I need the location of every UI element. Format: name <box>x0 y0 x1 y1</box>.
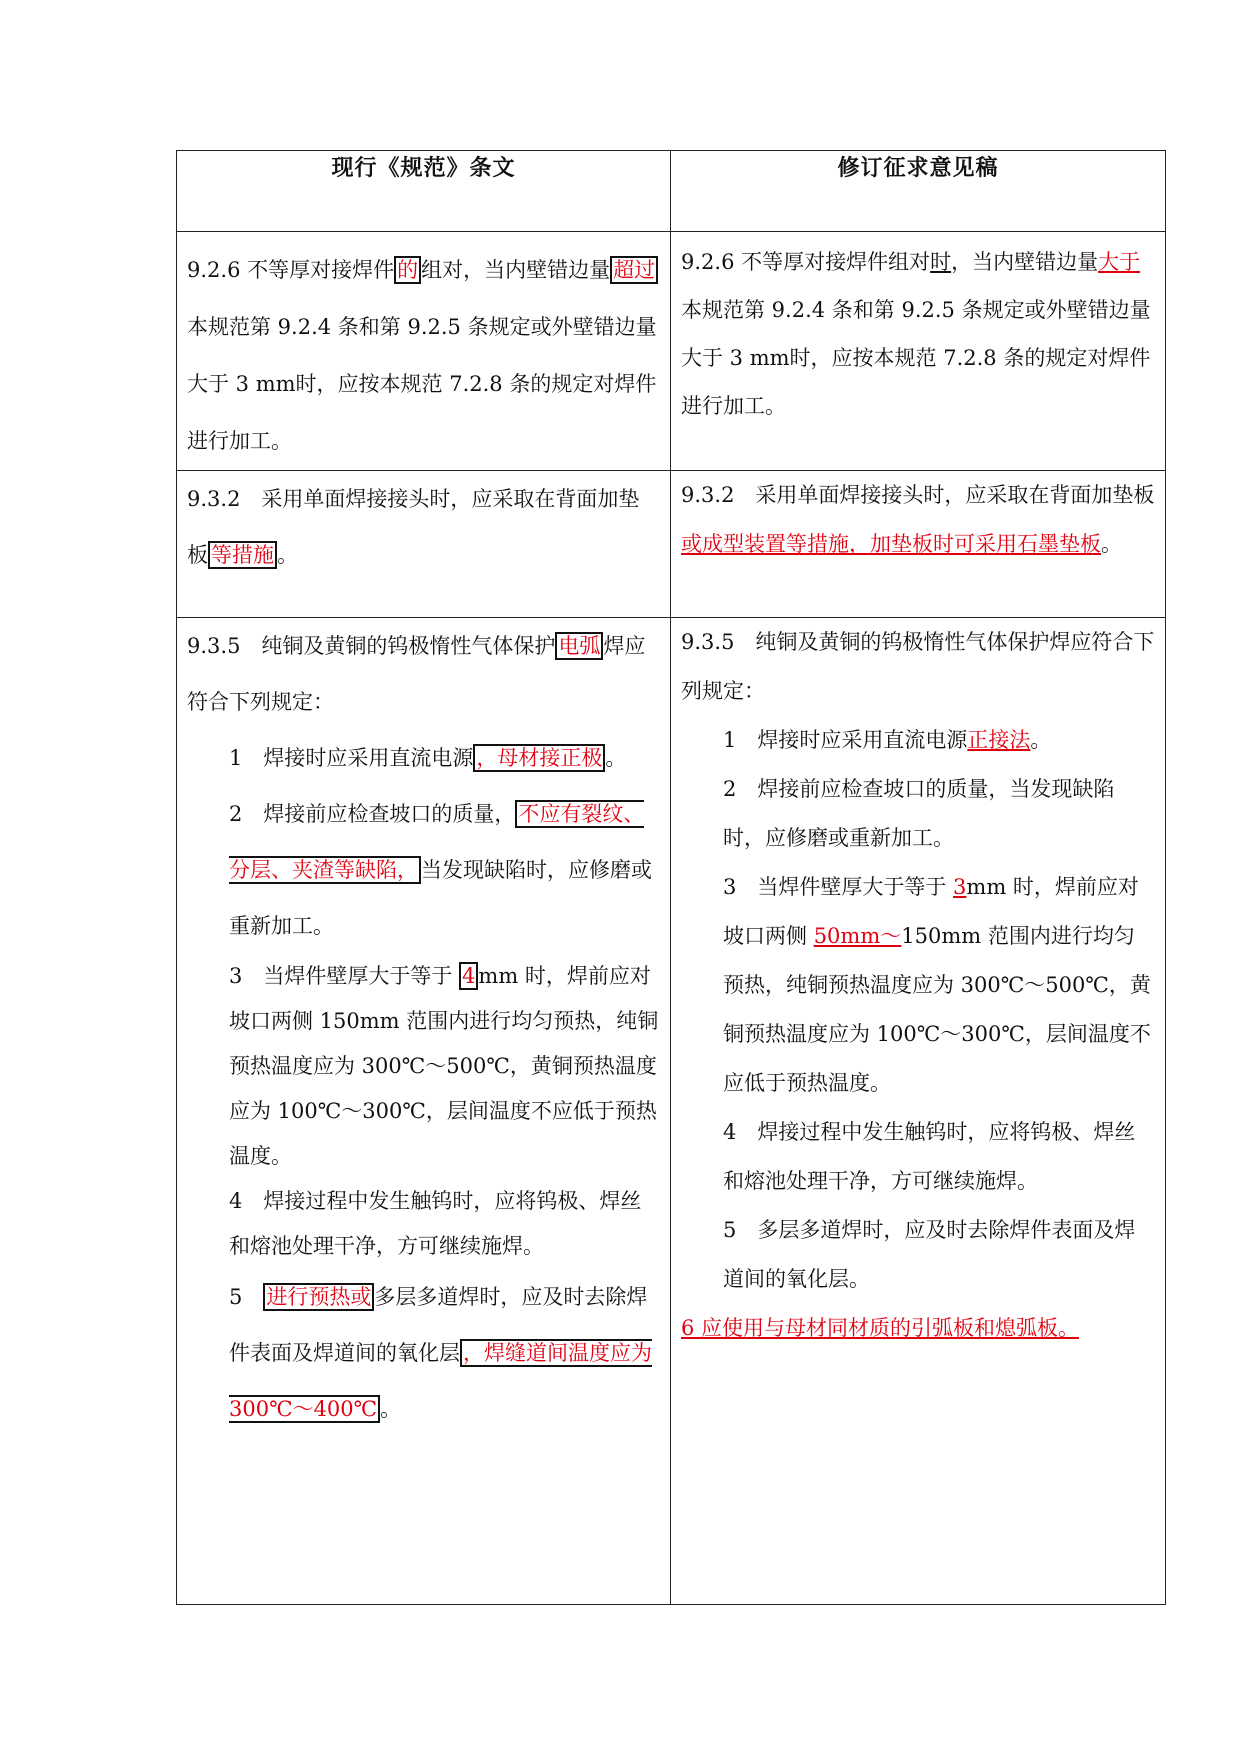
text: 9.3.5 纯铜及黄铜的钨极惰性气体保护 <box>187 634 555 658</box>
clause-paragraph: 9.2.6 不等厚对接焊件的组对，当内壁错边量超过本规范第 9.2.4 条和第 … <box>187 242 660 470</box>
text: 。 <box>277 543 298 567</box>
clause-paragraph: 9.3.5 纯铜及黄铜的钨极惰性气体保护电弧焊应符合下列规定： <box>187 618 660 730</box>
text: 本规范第 9.2.4 条和第 9.2.5 条规定或外壁错边量大于 3 mm时，应… <box>681 298 1151 418</box>
revision-cell: 9.2.6 不等厚对接焊件组对时，当内壁错边量大于本规范第 9.2.4 条和第 … <box>671 232 1166 471</box>
clause-paragraph: 9.2.6 不等厚对接焊件组对时，当内壁错边量大于本规范第 9.2.4 条和第 … <box>681 232 1155 430</box>
list-item-2: 2 焊接前应检查坡口的质量，当发现缺陷时，应修磨或重新加工。 <box>681 765 1155 863</box>
current-clause-cell: 9.3.2 采用单面焊接接头时，应采取在背面加垫板等措施。 <box>177 471 671 618</box>
list-item-1: 1 焊接时应采用直流电源正接法。 <box>681 716 1155 765</box>
deleted-text: 超过 <box>610 256 658 284</box>
header-row: 现行《规范》条文 修订征求意见稿 <box>177 151 1166 232</box>
header-revision-draft: 修订征求意见稿 <box>671 151 1166 232</box>
clause-paragraph: 9.3.2 采用单面焊接接头时，应采取在背面加垫板等措施。 <box>187 471 660 583</box>
text: 5 <box>229 1285 263 1309</box>
text: 9.2.6 不等厚对接焊件 <box>187 258 394 282</box>
list-item-3: 3 当焊件壁厚大于等于 3mm 时，焊前应对坡口两侧 50mm～150mm 范围… <box>681 863 1155 1108</box>
text: 2 焊接前应检查坡口的质量，当发现缺陷时，应修磨或重新加工。 <box>723 777 1114 850</box>
inserted-text: 大于 <box>1098 250 1140 274</box>
text: 。 <box>1101 532 1122 556</box>
table-row-9-2-6: 9.2.6 不等厚对接焊件的组对，当内壁错边量超过本规范第 9.2.4 条和第 … <box>177 232 1166 471</box>
text: 9.3.5 纯铜及黄铜的钨极惰性气体保护焊应符合下列规定： <box>681 630 1154 703</box>
text: mm 时，焊前应对坡口两侧 150mm 范围内进行均匀预热，纯铜预热温度应为 3… <box>229 964 658 1168</box>
list-item-1: 1 焊接时应采用直流电源，母材接正极。 <box>187 730 660 786</box>
text: 1 焊接时应采用直流电源 <box>229 746 473 770</box>
text: 1 焊接时应采用直流电源 <box>723 728 967 752</box>
header-current-clause: 现行《规范》条文 <box>177 151 671 232</box>
list-item-4: 4 焊接过程中发生触钨时，应将钨极、焊丝和熔池处理干净，方可继续施焊。 <box>187 1179 660 1269</box>
revision-cell: 9.3.5 纯铜及黄铜的钨极惰性气体保护焊应符合下列规定： 1 焊接时应采用直流… <box>671 618 1166 1605</box>
changed-text: 时 <box>930 250 951 274</box>
text: 9.3.2 采用单面焊接接头时，应采取在背面加垫板 <box>681 483 1154 507</box>
inserted-text: 或成型装置等措施，加垫板时可采用石墨垫板 <box>681 532 1101 556</box>
text: 4 焊接过程中发生触钨时，应将钨极、焊丝和熔池处理干净，方可继续施焊。 <box>723 1120 1135 1193</box>
deleted-text: 等措施 <box>208 541 277 569</box>
text: 2 焊接前应检查坡口的质量， <box>229 802 515 826</box>
text: ，当内壁错边量 <box>951 250 1098 274</box>
deleted-text: 的 <box>394 256 421 284</box>
text: 4 焊接过程中发生触钨时，应将钨极、焊丝和熔池处理干净，方可继续施焊。 <box>229 1189 641 1258</box>
deleted-text: ，母材接正极 <box>473 744 605 772</box>
deleted-text: 进行预热或 <box>263 1283 374 1311</box>
text: 。 <box>380 1397 401 1421</box>
inserted-text: 3 <box>953 875 966 899</box>
list-item-2: 2 焊接前应检查坡口的质量，不应有裂纹、分层、夹渣等缺陷，当发现缺陷时，应修磨或… <box>187 786 660 954</box>
list-item-3: 3 当焊件壁厚大于等于 4mm 时，焊前应对坡口两侧 150mm 范围内进行均匀… <box>187 954 660 1179</box>
list-item-4: 4 焊接过程中发生触钨时，应将钨极、焊丝和熔池处理干净，方可继续施焊。 <box>681 1108 1155 1206</box>
comparison-table: 现行《规范》条文 修订征求意见稿 9.2.6 不等厚对接焊件的组对，当内壁错边量… <box>176 150 1166 1605</box>
text: 150mm 范围内进行均匀预热，纯铜预热温度应为 300℃～500℃，黄铜预热温… <box>723 924 1151 1095</box>
text: 3 当焊件壁厚大于等于 <box>229 964 459 988</box>
table-row-9-3-5: 9.3.5 纯铜及黄铜的钨极惰性气体保护电弧焊应符合下列规定： 1 焊接时应采用… <box>177 618 1166 1605</box>
inserted-text: 正接法 <box>967 728 1030 752</box>
deleted-text: 4 <box>459 962 478 990</box>
clause-paragraph: 9.3.5 纯铜及黄铜的钨极惰性气体保护焊应符合下列规定： <box>681 618 1155 716</box>
text: 。 <box>1030 728 1051 752</box>
table-row-9-3-2: 9.3.2 采用单面焊接接头时，应采取在背面加垫板等措施。 9.3.2 采用单面… <box>177 471 1166 618</box>
text: 3 当焊件壁厚大于等于 <box>723 875 953 899</box>
inserted-text: 50mm～ <box>814 924 902 948</box>
clause-paragraph: 9.3.2 采用单面焊接接头时，应采取在背面加垫板或成型装置等措施，加垫板时可采… <box>681 471 1155 569</box>
list-item-6: 6 应使用与母材同材质的引弧板和熄弧板。 <box>681 1304 1155 1353</box>
revision-cell: 9.3.2 采用单面焊接接头时，应采取在背面加垫板或成型装置等措施，加垫板时可采… <box>671 471 1166 618</box>
text: 9.2.6 不等厚对接焊件组对 <box>681 250 930 274</box>
current-clause-cell: 9.3.5 纯铜及黄铜的钨极惰性气体保护电弧焊应符合下列规定： 1 焊接时应采用… <box>177 618 671 1605</box>
text: 组对，当内壁错边量 <box>421 258 610 282</box>
list-item-5: 5 进行预热或多层多道焊时，应及时去除焊件表面及焊道间的氧化层，焊缝道间温度应为… <box>187 1269 660 1437</box>
inserted-text: 6 应使用与母材同材质的引弧板和熄弧板。 <box>681 1316 1079 1340</box>
deleted-text: 电弧 <box>555 632 603 660</box>
text: 。 <box>605 746 626 770</box>
text: 5 多层多道焊时，应及时去除焊件表面及焊道间的氧化层。 <box>723 1218 1135 1291</box>
current-clause-cell: 9.2.6 不等厚对接焊件的组对，当内壁错边量超过本规范第 9.2.4 条和第 … <box>177 232 671 471</box>
text: 本规范第 9.2.4 条和第 9.2.5 条规定或外壁错边量大于 3 mm时，应… <box>187 315 657 453</box>
list-item-5: 5 多层多道焊时，应及时去除焊件表面及焊道间的氧化层。 <box>681 1206 1155 1304</box>
